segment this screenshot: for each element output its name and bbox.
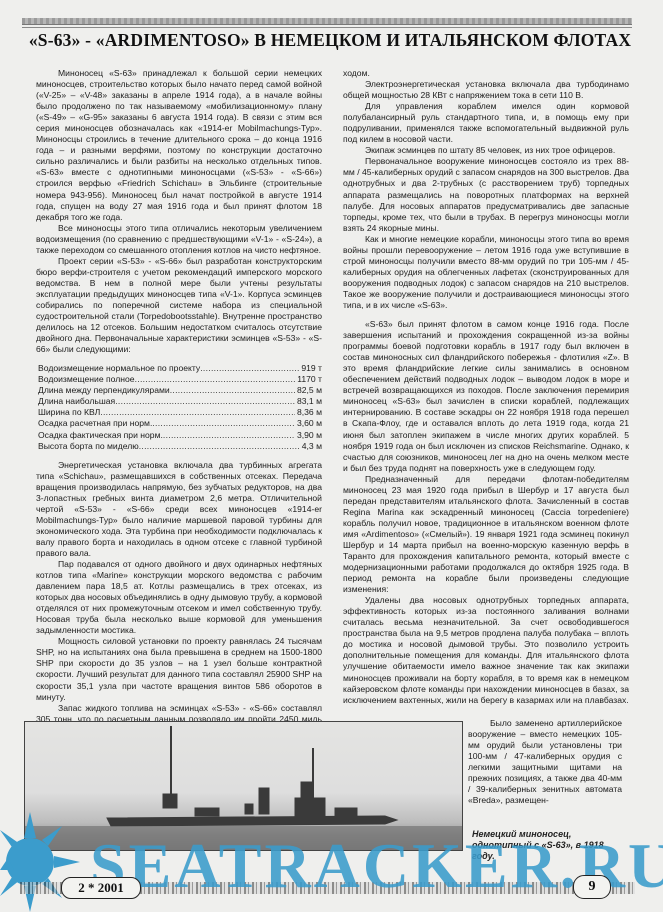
spec-leader — [115, 396, 295, 407]
spec-leader — [200, 363, 299, 374]
spec-label: Водоизмещение нормальное по проекту — [38, 363, 200, 374]
spec-row: Ширина по КВЛ8,36 м — [38, 407, 322, 418]
spec-label: Осадка расчетная при норм. — [38, 418, 152, 429]
paragraph: Было заменено артиллерийское вооружение … — [468, 718, 622, 806]
spec-value: 83,1 м — [295, 396, 322, 407]
spec-leader — [100, 407, 295, 418]
paragraph: Все миноносцы этого типа отличались неко… — [36, 223, 322, 256]
spec-leader — [163, 430, 295, 441]
paragraph: Миноносец «S-63» принадлежал к большой с… — [36, 68, 322, 223]
spec-value: 8,36 м — [295, 407, 322, 418]
spec-row: Водоизмещение полное1170 т — [38, 374, 322, 385]
paragraph: Экипаж эсминцев по штату 85 человек, из … — [343, 145, 629, 156]
spec-leader — [152, 418, 295, 429]
paragraph: Первоначальное вооружение миноносцев сос… — [343, 156, 629, 233]
spec-value: 4,3 м — [300, 441, 322, 452]
paragraph: Мощность силовой установки по проекту ра… — [36, 636, 322, 702]
spec-row: Осадка расчетная при норм.3,60 м — [38, 418, 322, 429]
left-column: Миноносец «S-63» принадлежал к большой с… — [36, 68, 322, 736]
spec-label: Длина между перпендикулярами — [38, 385, 170, 396]
paragraph: Предназначенный для передачи флотам-побе… — [343, 474, 629, 596]
site-watermark: SEATRACKER.RU — [90, 836, 650, 896]
paragraph: Электроэнергетическая установка включала… — [343, 79, 629, 101]
paragraph: Для управления кораблем имелся один корм… — [343, 101, 629, 145]
spec-row: Осадка фактическая при норм.3,90 м — [38, 430, 322, 441]
spec-leader — [135, 374, 296, 385]
spec-row: Высота борта по миделю4,3 м — [38, 441, 322, 452]
issue-number: 2 * 2001 — [61, 877, 141, 899]
wrapped-paragraph-block: Было заменено артиллерийское вооружение … — [468, 718, 622, 806]
spec-value: 3,60 м — [295, 418, 322, 429]
paragraph: Проект серии «S-53» - «S-66» был разрабо… — [36, 256, 322, 355]
header-rule-thin — [22, 27, 632, 28]
spec-label: Ширина по КВЛ — [38, 407, 100, 418]
spec-label: Осадка фактическая при норм. — [38, 430, 163, 441]
paragraph: Как и многие немецкие корабли, миноносцы… — [343, 234, 629, 311]
spec-value: 919 т — [299, 363, 322, 374]
header-rule — [22, 18, 632, 25]
paragraph: Удалены два носовых однотрубных торпедны… — [343, 595, 629, 705]
paragraph: Энергетическая установка включала два ту… — [36, 460, 322, 559]
right-column: ходом. Электроэнергетическая установка в… — [343, 68, 629, 706]
spec-value: 82,5 м — [295, 385, 322, 396]
article-title: «S-63» - «ARDIMENTOSO» В НЕМЕЦКОМ И ИТАЛ… — [20, 30, 640, 51]
spec-row: Длина между перпендикулярами82,5 м — [38, 385, 322, 396]
spec-leader — [139, 441, 300, 452]
spec-label: Высота борта по миделю — [38, 441, 139, 452]
spec-value: 1170 т — [295, 374, 322, 385]
spec-row: Длина наибольшая83,1 м — [38, 396, 322, 407]
spec-value: 3,90 м — [295, 430, 322, 441]
page-number: 9 — [573, 875, 611, 899]
spec-label: Длина наибольшая — [38, 396, 115, 407]
spec-leader — [170, 385, 295, 396]
paragraph-continuation: ходом. — [343, 68, 629, 79]
spec-label: Водоизмещение полное — [38, 374, 135, 385]
paragraph: Пар подавался от одного двойного и двух … — [36, 559, 322, 636]
specs-table: Водоизмещение нормальное по проекту919 т… — [36, 363, 322, 451]
paragraph: «S-63» был принят флотом в самом конце 1… — [343, 319, 629, 474]
spec-row: Водоизмещение нормальное по проекту919 т — [38, 363, 322, 374]
